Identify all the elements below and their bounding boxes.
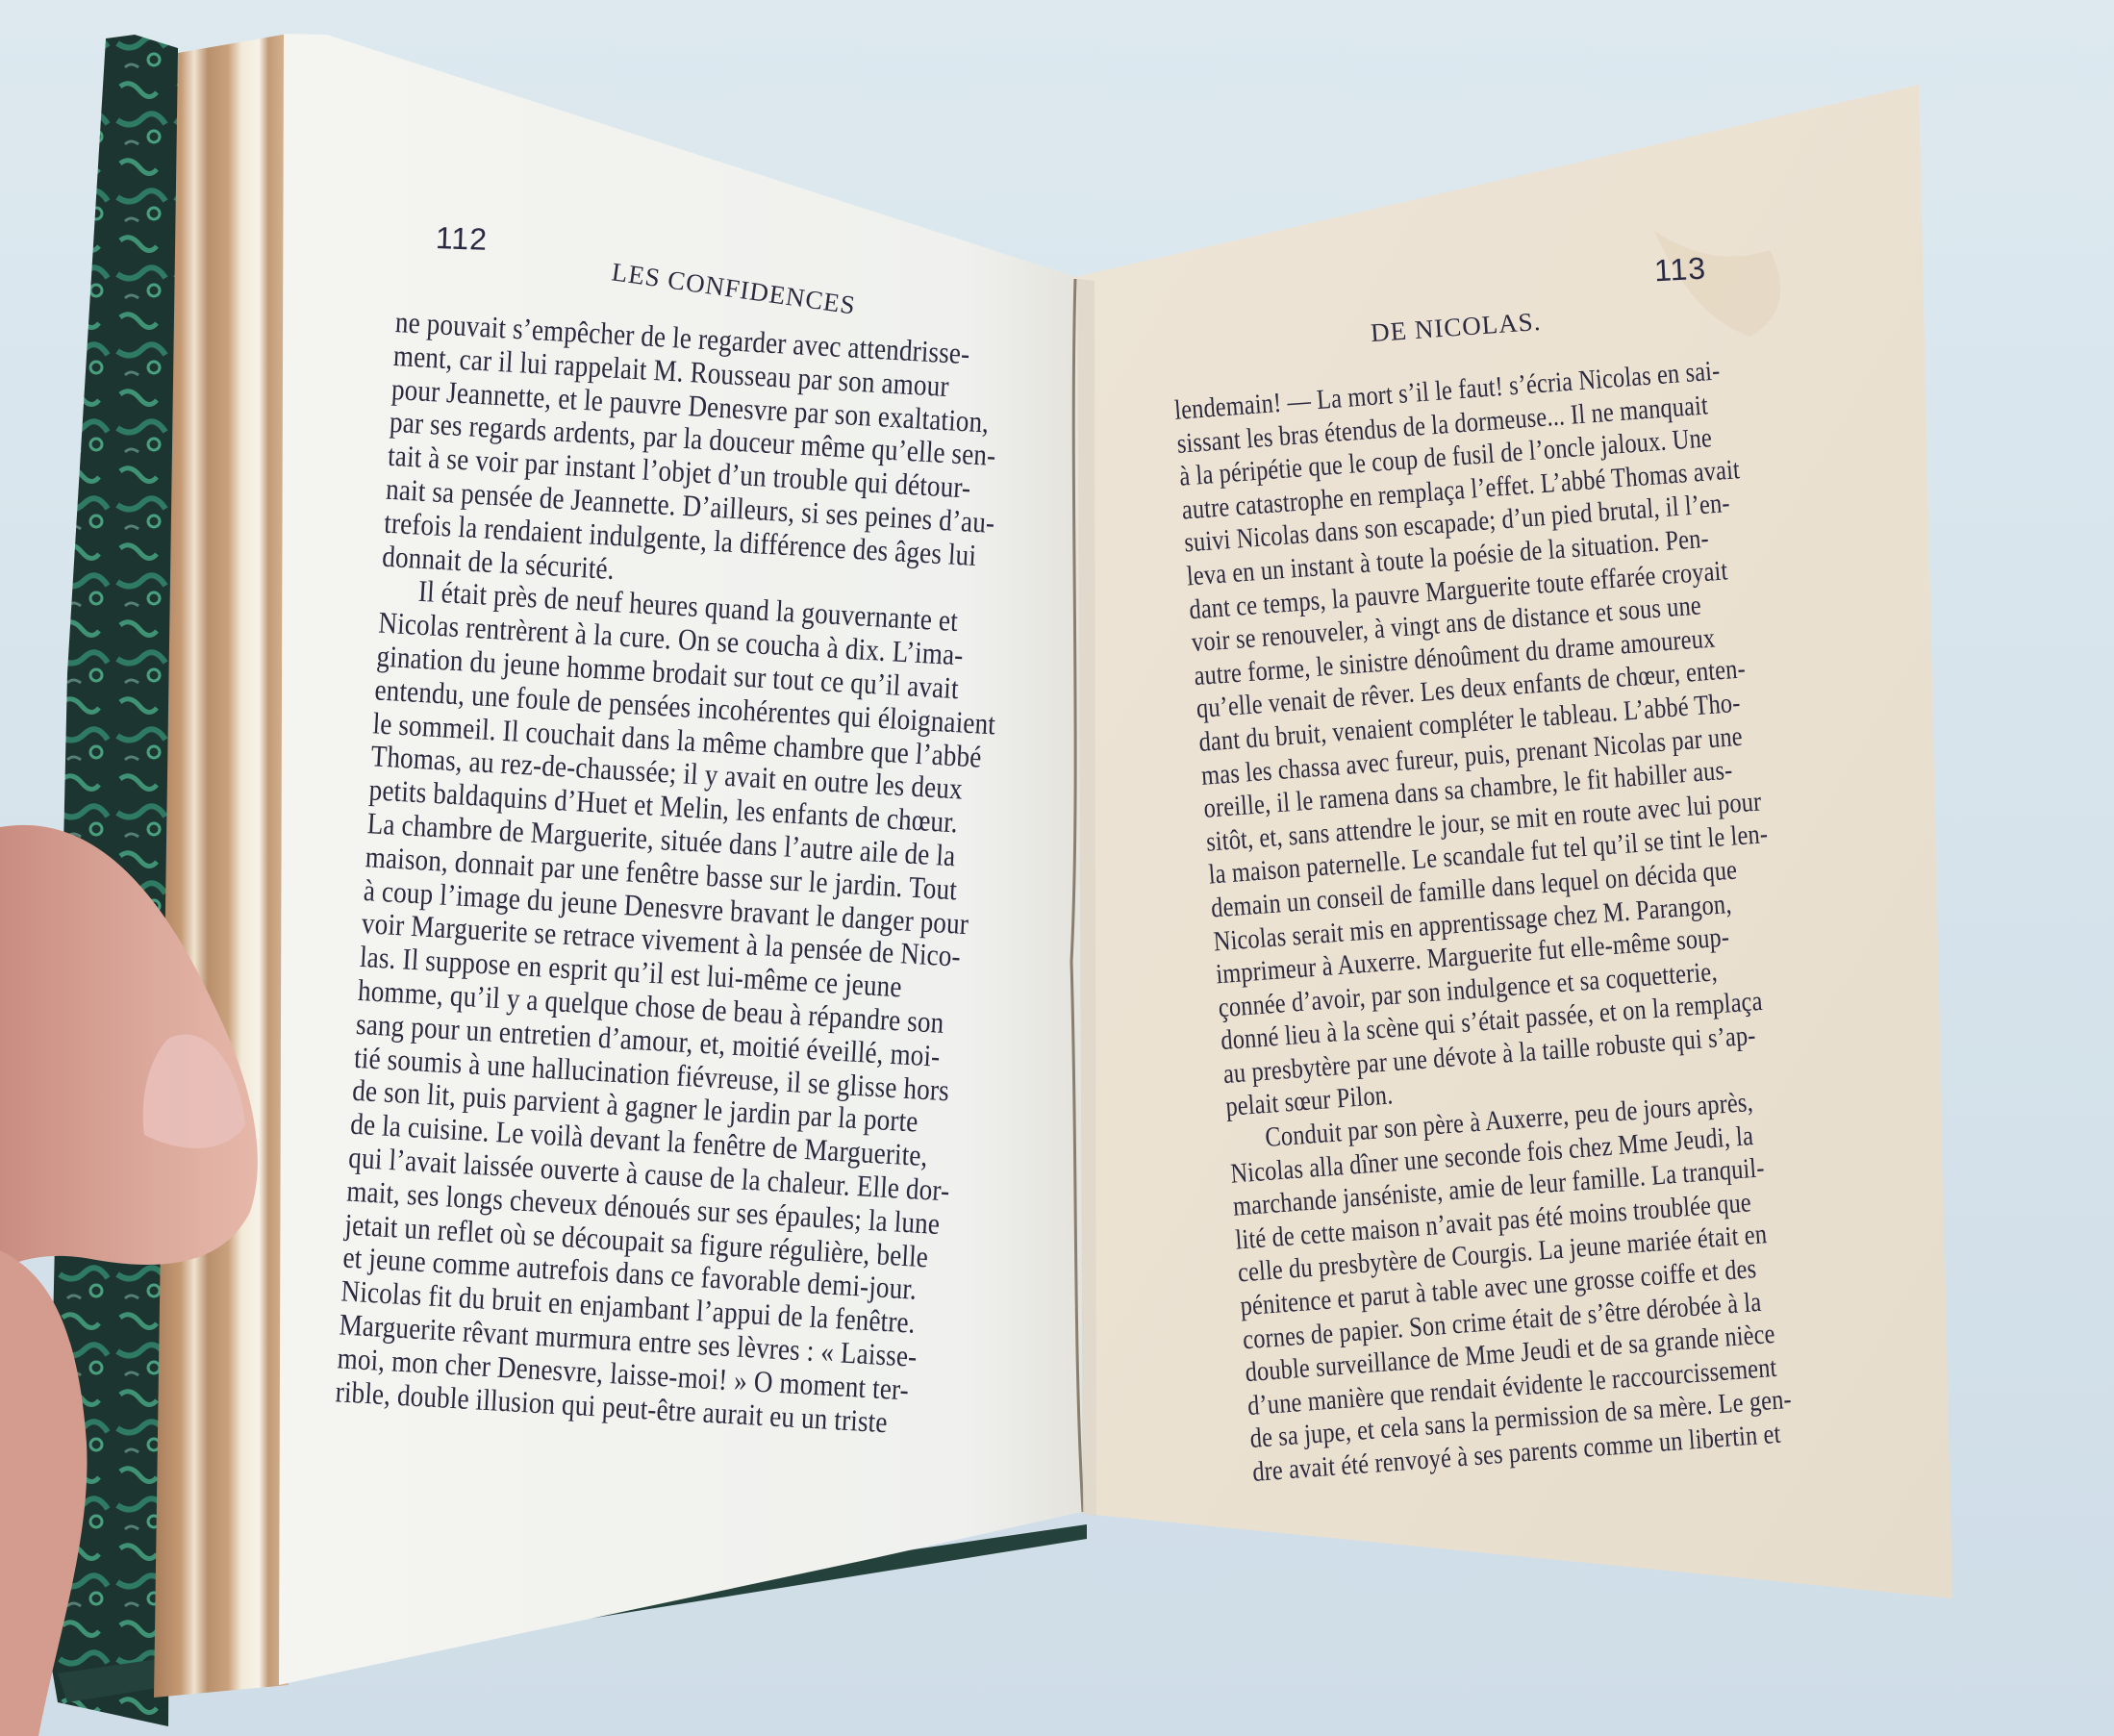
right-page-body: lendemain! — La mort s’il le faut! s’écr… — [1173, 342, 1963, 1490]
left-page-body: ne pouvait s’empêcher de le regarder ave… — [335, 306, 1024, 1444]
left-page-number: 112 — [435, 220, 488, 258]
book-photo-scene: 112 LES CONFIDENCES ne pouvait s’empêche… — [0, 0, 2114, 1736]
right-page-number: 113 — [1653, 251, 1707, 289]
